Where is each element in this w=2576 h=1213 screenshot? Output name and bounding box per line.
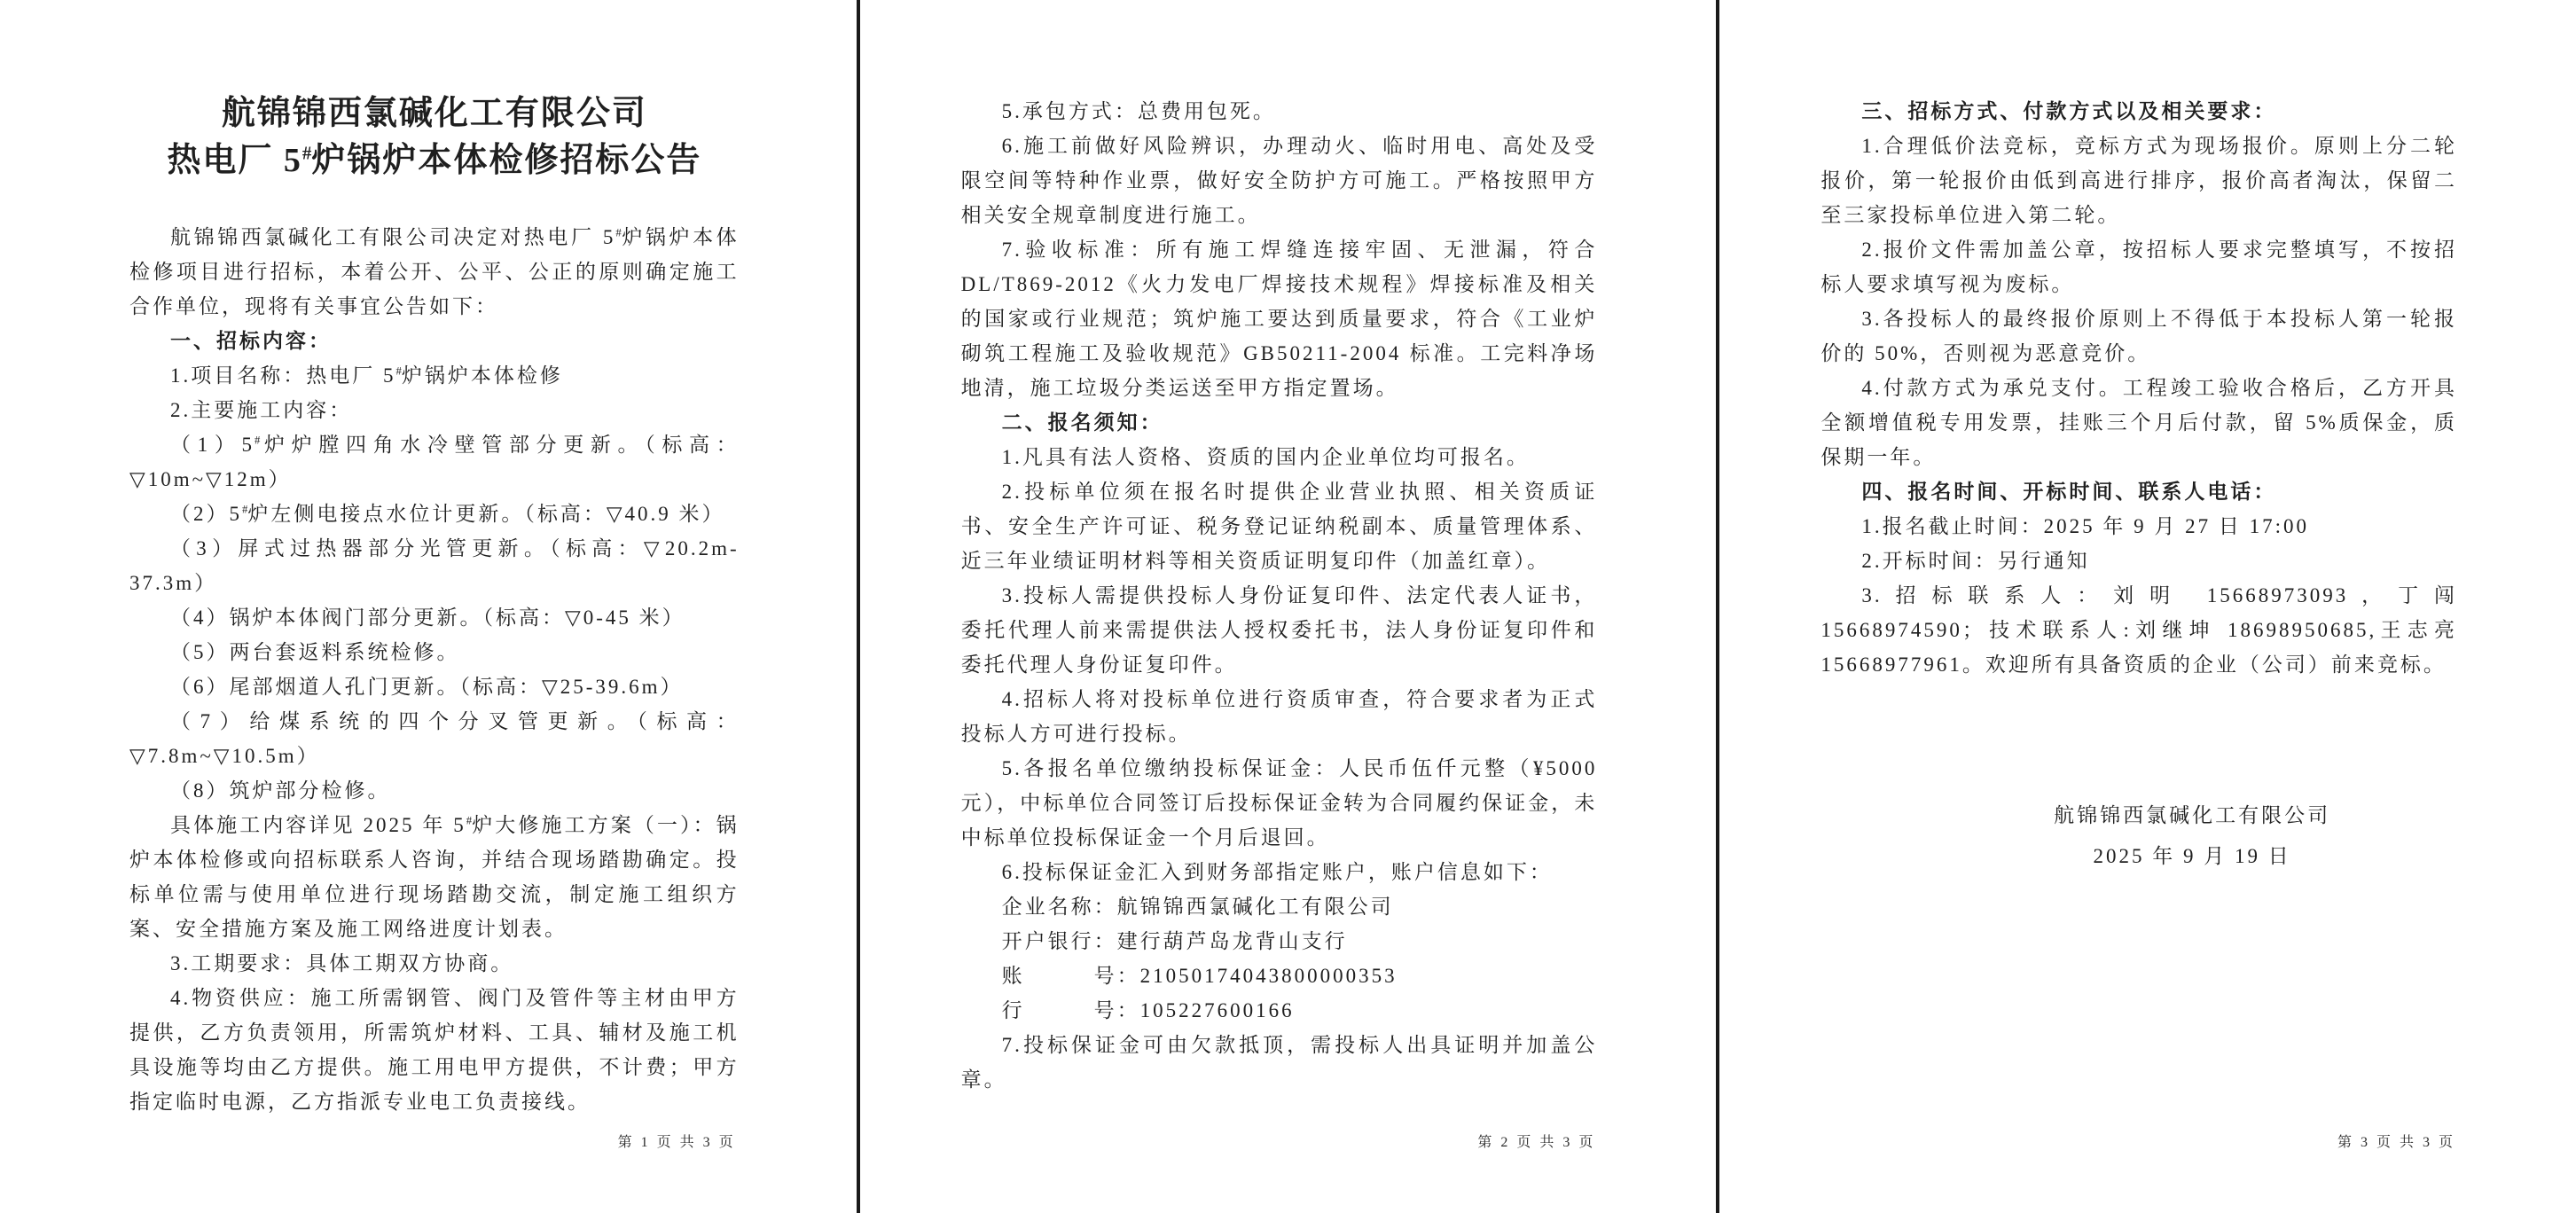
section-heading-3: 三、招标方式、付款方式以及相关要求： [1820, 94, 2457, 129]
signature-date: 2025 年 9 月 19 日 [1927, 836, 2457, 877]
paragraph: 3.工期要求：具体工期双方协商。 [129, 946, 740, 981]
paragraph: （3）屏式过热器部分光管更新。（标高：▽20.2m-37.3m） [129, 531, 740, 600]
paragraph: 3.投标人需提供投标人身份证复印件、法定代表人证书，委托代理人前来需提供法人授权… [961, 578, 1598, 682]
paragraph: （5）两台套返料系统检修。 [129, 635, 740, 669]
paragraph: 4.物资供应：施工所需钢管、阀门及管件等主材由甲方提供，乙方负责领用，所需筑炉材… [129, 981, 740, 1119]
title-line-company: 航锦锦西氯碱化工有限公司 [129, 90, 740, 137]
signature-company: 航锦锦西氯碱化工有限公司 [1927, 795, 2457, 836]
section-heading-1: 一、招标内容： [129, 324, 740, 358]
document-page-1: 航锦锦西氯碱化工有限公司 热电厂 5#炉锅炉本体检修招标公告 航锦锦西氯碱化工有… [0, 0, 857, 1213]
paragraph: 3.各投标人的最终报价原则上不得低于本投标人第一轮报价的 50%，否则视为恶意竞… [1820, 301, 2457, 371]
page-footer-2: 第 2 页 共 3 页 [1477, 1131, 1595, 1151]
tender-notice-document: 航锦锦西氯碱化工有限公司 热电厂 5#炉锅炉本体检修招标公告 航锦锦西氯碱化工有… [0, 0, 2576, 1213]
page-1-content: 航锦锦西氯碱化工有限公司 热电厂 5#炉锅炉本体检修招标公告 航锦锦西氯碱化工有… [0, 90, 857, 1119]
paragraph: 2.投标单位须在报名时提供企业营业执照、相关资质证书、安全生产许可证、税务登记证… [961, 474, 1598, 578]
page-footer-1: 第 1 页 共 3 页 [618, 1131, 736, 1151]
paragraph: 4.招标人将对投标单位进行资质审查，符合要求者为正式投标人方可进行投标。 [961, 682, 1598, 751]
paragraph: 6.投标保证金汇入到财务部指定账户，账户信息如下： [961, 855, 1598, 889]
paragraph: 6.施工前做好风险辨识，办理动火、临时用电、高处及受限空间等特种作业票，做好安全… [961, 129, 1598, 232]
account-number-line: 账 号：21050174043800000353 [961, 959, 1598, 993]
account-company-line: 企业名称：航锦锦西氯碱化工有限公司 [961, 889, 1598, 924]
page-footer-3: 第 3 页 共 3 页 [2337, 1131, 2455, 1151]
document-page-2: 5.承包方式：总费用包死。 6.施工前做好风险辨识，办理动火、临时用电、高处及受… [860, 0, 1717, 1213]
paragraph-contacts: 3.招标联系人：刘明 15668973093，丁闯 15668974590；技术… [1820, 578, 2457, 682]
document-page-3: 三、招标方式、付款方式以及相关要求： 1.合理低价法竞标，竞标方式为现场报价。原… [1719, 0, 2576, 1213]
paragraph: 1.凡具有法人资格、资质的国内企业单位均可报名。 [961, 440, 1598, 474]
paragraph: （8）筑炉部分检修。 [129, 773, 740, 808]
paragraph: 1.项目名称：热电厂 5#炉锅炉本体检修 [129, 358, 740, 393]
paragraph: 2.报价文件需加盖公章，按招标人要求完整填写，不按招标人要求填写视为废标。 [1820, 232, 2457, 301]
paragraph: 1.合理低价法竞标，竞标方式为现场报价。原则上分二轮报价，第一轮报价由低到高进行… [1820, 129, 2457, 232]
page-2-content: 5.承包方式：总费用包死。 6.施工前做好风险辨识，办理动火、临时用电、高处及受… [860, 0, 1717, 1097]
paragraph: 2.主要施工内容： [129, 393, 740, 427]
paragraph: 7.验收标准：所有施工焊缝连接牢固、无泄漏，符合 DL/T869-2012《火力… [961, 232, 1598, 405]
document-title: 航锦锦西氯碱化工有限公司 热电厂 5#炉锅炉本体检修招标公告 [129, 90, 740, 184]
signature-block: 航锦锦西氯碱化工有限公司 2025 年 9 月 19 日 [1820, 795, 2457, 877]
bank-code-line: 行 号：105227600166 [961, 993, 1598, 1028]
section-heading-2: 二、报名须知： [961, 405, 1598, 440]
paragraph: 5.承包方式：总费用包死。 [961, 94, 1598, 129]
page-3-content: 三、招标方式、付款方式以及相关要求： 1.合理低价法竞标，竞标方式为现场报价。原… [1719, 0, 2576, 877]
paragraph: （2）5#炉左侧电接点水位计更新。（标高：▽40.9 米） [129, 497, 740, 531]
title-line-project: 热电厂 5#炉锅炉本体检修招标公告 [129, 137, 740, 184]
paragraph: 7.投标保证金可由欠款抵顶，需投标人出具证明并加盖公章。 [961, 1028, 1598, 1097]
paragraph: 4.付款方式为承兑支付。工程竣工验收合格后，乙方开具全额增值税专用发票，挂账三个… [1820, 371, 2457, 474]
section-heading-4: 四、报名时间、开标时间、联系人电话： [1820, 474, 2457, 509]
paragraph: （7）给煤系统的四个分叉管更新。（标高：▽7.8m~▽10.5m） [129, 704, 740, 773]
paragraph: 1.报名截止时间：2025 年 9 月 27 日 17:00 [1820, 509, 2457, 544]
paragraph: （4）锅炉本体阀门部分更新。（标高：▽0-45 米） [129, 600, 740, 635]
paragraph: （1）5#炉炉膛四角水冷壁管部分更新。（标高：▽10m~▽12m） [129, 427, 740, 497]
paragraph: 具体施工内容详见 2025 年 5#炉大修施工方案（一）：锅炉本体检修或向招标联… [129, 808, 740, 946]
paragraph: 5.各报名单位缴纳投标保证金：人民币伍仟元整（¥5000 元），中标单位合同签订… [961, 751, 1598, 855]
account-bank-line: 开户银行：建行葫芦岛龙背山支行 [961, 924, 1598, 959]
paragraph: （6）尾部烟道人孔门更新。（标高：▽25-39.6m） [129, 669, 740, 704]
paragraph: 2.开标时间：另行通知 [1820, 544, 2457, 578]
paragraph-intro: 航锦锦西氯碱化工有限公司决定对热电厂 5#炉锅炉本体检修项目进行招标，本着公开、… [129, 220, 740, 324]
